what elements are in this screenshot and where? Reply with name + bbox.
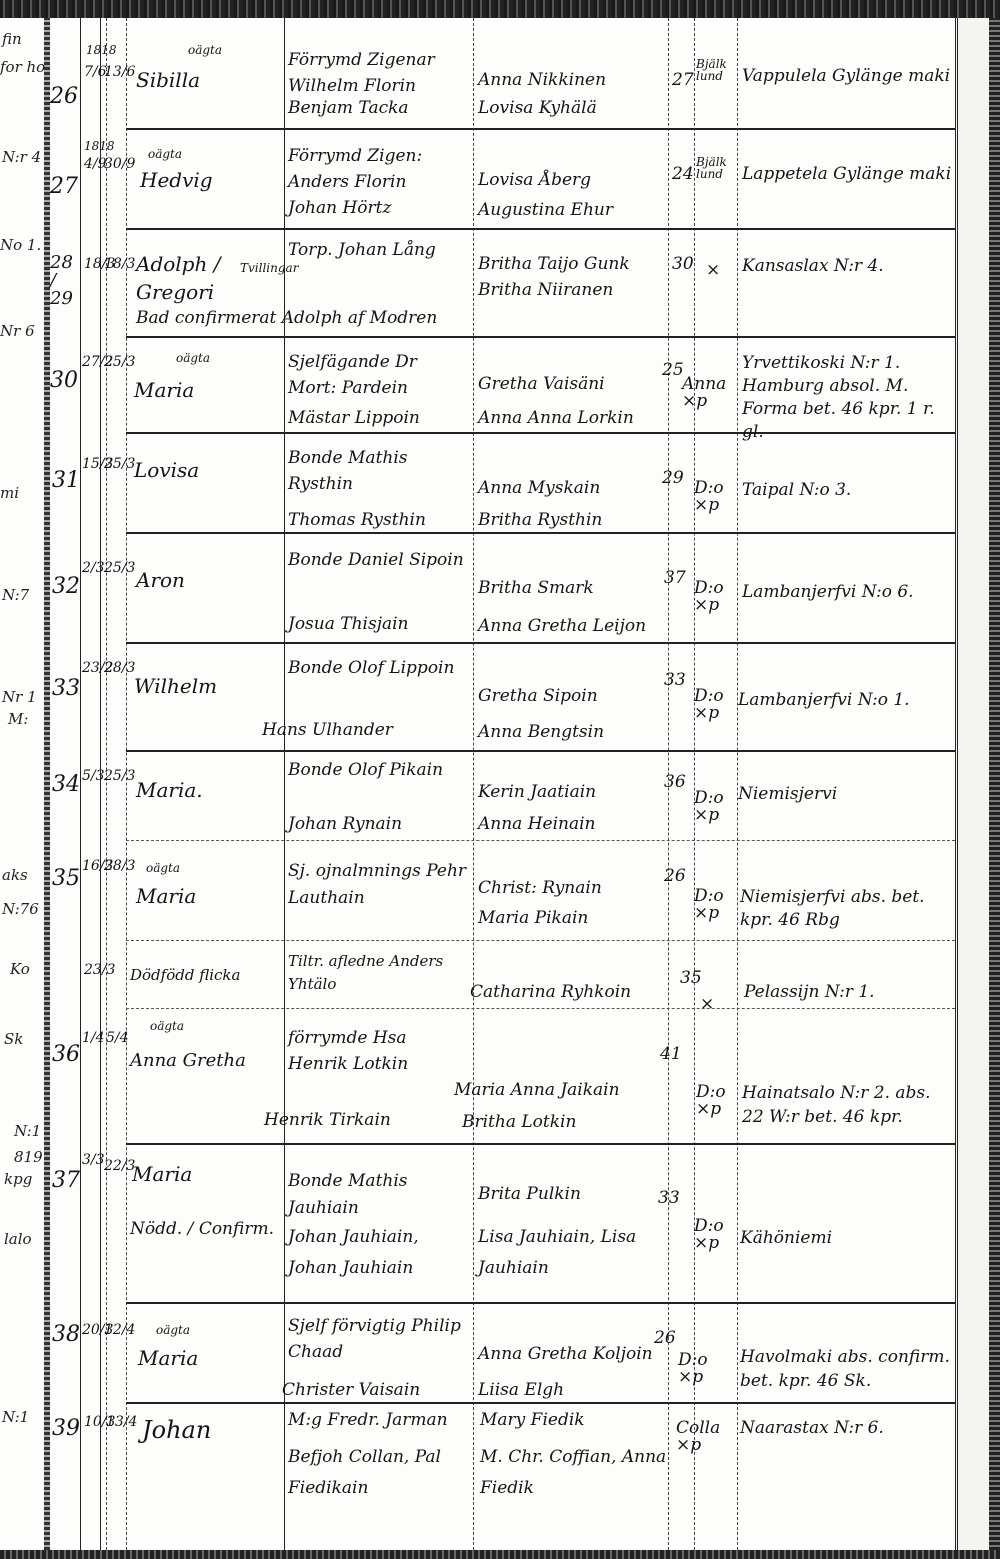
female-witness: Anna Gretha Leijon [478, 618, 646, 635]
baptism-date: 28/3 [104, 660, 135, 676]
margin-note: Sk [4, 1030, 23, 1048]
status: × [700, 996, 714, 1013]
village: Niemisjerfvi abs. bet. kpr. 46 Rbg [740, 886, 952, 932]
row-separator [126, 1302, 955, 1304]
child-name: Aron [136, 570, 185, 590]
father-name: Sjelfägande Dr Mort: Pardein [288, 350, 468, 401]
binding-gutter [44, 18, 50, 1550]
village: Yrvettikoski N:r 1. Hamburg absol. M. Fo… [742, 352, 952, 444]
mother-name: Anna Gretha Koljoin [478, 1346, 653, 1363]
child-name: Hedvig [140, 170, 213, 190]
child-name: Wilhelm [134, 676, 217, 696]
female-witness: Britha Rysthin [478, 512, 602, 529]
mother-name: Christ: Rynain [478, 880, 602, 897]
entry-year: 1818 [84, 140, 115, 152]
birth-date: 23/3 [84, 962, 115, 978]
baptism-date: 12/4 [104, 1322, 135, 1338]
row-separator [126, 940, 955, 941]
father-name: Bonde Mathis Jauhiain [288, 1168, 468, 1222]
village: Kansaslax N:r 4. [742, 258, 884, 275]
legitimacy-note: oägta [188, 44, 222, 56]
entry-number: 35 [52, 868, 80, 890]
father-name: Förrymd Zigen: Anders Florin [288, 144, 468, 195]
baptism-date: 18/3 [104, 256, 135, 272]
legitimacy-note: oägta [156, 1324, 190, 1336]
mother-name: Gretha Vaisäni [478, 376, 605, 393]
margin-note: N:r 4 [2, 148, 41, 166]
baptism-date: 22/3 [104, 1158, 135, 1174]
page-right-edge [955, 18, 1000, 1550]
male-witness: Johan Rynain [288, 816, 402, 833]
baptism-date: 13/4 [106, 1414, 137, 1430]
entry-number: 27 [50, 176, 78, 198]
row-separator [126, 1402, 955, 1404]
female-witness: Liisa Elgh [478, 1382, 564, 1399]
row-separator [126, 642, 955, 644]
mother-name: Lovisa Åberg [478, 172, 591, 189]
status: D:o ×p [694, 790, 738, 824]
mother-age: 26 [664, 868, 686, 885]
village: Lambanjerfvi N:o 6. [742, 584, 914, 601]
legitimacy-note: Tvillingar [240, 262, 284, 274]
female-witness: Anna Heinain [478, 816, 596, 833]
entry-number: 26 [50, 86, 78, 108]
male-witness: Benjam Tacka [288, 100, 409, 117]
male-witness: Thomas Rysthin [288, 512, 426, 529]
margin-note: Nr 1 [2, 688, 37, 706]
child-name: Adolph / Gregori [136, 250, 246, 306]
mother-name: Maria Anna Jaikain [454, 1082, 620, 1099]
status: Colla ×p [676, 1420, 736, 1454]
mother-name: Britha Taijo Gunk [478, 256, 630, 273]
mother-age: 37 [664, 570, 686, 587]
baptism-date: 25/3 [104, 768, 135, 784]
male-witness: Befjoh Collan, Pal Fiedikain [288, 1442, 478, 1503]
female-witness: Maria Pikain [478, 910, 588, 927]
village: Kähöniemi [740, 1230, 832, 1247]
father-name: M:g Fredr. Jarman [288, 1412, 448, 1429]
child-name: Sibilla [136, 70, 200, 90]
female-witness: Britha Lotkin [462, 1114, 576, 1131]
child-name: Dödfödd flicka [130, 968, 240, 983]
margin-note: M: [8, 710, 28, 728]
margin-note: No 1. [0, 236, 41, 254]
legitimacy-note: Nödd. / Confirm. [130, 1204, 280, 1255]
entry-number: 38 [52, 1324, 80, 1346]
male-witness: Josua Thisjain [288, 616, 409, 633]
entry-number: 33 [52, 678, 80, 700]
margin-note: kpg [4, 1170, 32, 1188]
female-witness: M. Chr. Coffian, Anna Fiedik [480, 1442, 670, 1503]
mother-name: Kerin Jaatiain [478, 784, 596, 801]
child-name: Maria [136, 886, 196, 906]
female-witness: Lisa Jauhiain, Lisa Jauhiain [478, 1222, 658, 1283]
birth-date: 2/3 [82, 560, 105, 576]
margin-note: Ko [10, 960, 30, 978]
margin-note: 819 [14, 1148, 43, 1166]
father-name: Förrymd Zigenar Wilhelm Florin [288, 48, 468, 99]
father-name: Torp. Johan Lång [288, 242, 436, 259]
village: Havolmaki abs. confirm. bet. kpr. 46 Sk. [740, 1346, 952, 1394]
legitimacy-note: oägta [176, 352, 210, 364]
baptism-date: 30/9 [104, 156, 135, 172]
child-name: Maria. [136, 780, 203, 800]
father-name: Bonde Daniel Sipoin [288, 548, 468, 574]
status: D:o ×p [696, 1084, 740, 1118]
father-name: Bonde Olof Pikain [288, 758, 468, 784]
baptism-date: 25/3 [104, 560, 135, 576]
village: Pelassijn N:r 1. [744, 984, 875, 1001]
village: Niemisjervi [738, 786, 837, 803]
village: Taipal N:o 3. [742, 482, 851, 499]
column-rule-status [694, 18, 695, 1550]
mother-name: Anna Myskain [478, 480, 600, 497]
status: × [706, 262, 720, 279]
status: Bjälk lund [696, 58, 736, 82]
female-witness: Lovisa Kyhälä [478, 100, 597, 117]
margin-note: lalo [4, 1230, 32, 1248]
mother-age: 33 [658, 1190, 680, 1207]
village: Hainatsalo N:r 2. abs. 22 W:r bet. 46 kp… [742, 1082, 952, 1130]
mother-age: 26 [654, 1330, 676, 1347]
mother-age: 36 [664, 774, 686, 791]
entry-number: 39 [52, 1418, 80, 1440]
margin-note: N:1 [14, 1122, 41, 1140]
status: D:o ×p [694, 688, 738, 722]
female-witness: Anna Anna Lorkin [478, 410, 634, 427]
baptism-date: 5/4 [106, 1030, 129, 1046]
mother-name: Catharina Ryhkoin [470, 984, 631, 1001]
child-name: Maria [134, 380, 194, 400]
father-name: förrymde Hsa Henrik Lotkin [288, 1026, 468, 1077]
margin-note: Nr 6 [0, 322, 35, 340]
margin-note: N:1 [2, 1408, 29, 1426]
male-witness: Johan Hörtz [288, 200, 391, 217]
male-witness: Johan Jauhiain, Johan Jauhiain [288, 1222, 468, 1283]
mother-age: 33 [664, 672, 686, 689]
child-name: Lovisa [134, 460, 199, 480]
mother-age: 25 [662, 362, 684, 379]
male-witness: Hans Ulhander [262, 722, 393, 739]
page-top-edge [0, 0, 1000, 18]
page-bottom-edge [0, 1550, 1000, 1559]
entry-number: 28 / 29 [50, 254, 80, 308]
birth-date: 3/3 [82, 1152, 105, 1168]
birth-date: 5/3 [82, 768, 105, 784]
margin-note: mi [0, 484, 19, 502]
column-rule-father [284, 18, 285, 1550]
mother-name: Anna Nikkinen [478, 72, 606, 89]
entry-number: 32 [52, 576, 80, 598]
margin-note: N:7 [2, 586, 29, 604]
baptism-date: 25/3 [104, 456, 135, 472]
status: Anna ×p [682, 376, 736, 410]
father-name: Bonde Olof Lippoin [288, 656, 468, 682]
status: D:o ×p [694, 480, 738, 514]
female-witness: Anna Bengtsin [478, 724, 604, 741]
baptism-date: 25/3 [104, 354, 135, 370]
legitimacy-note: oägta [150, 1020, 184, 1032]
mother-age: 27 [672, 72, 694, 89]
baptism-date: 28/3 [104, 858, 135, 874]
row-separator [126, 336, 955, 338]
village: Vappulela Gylänge maki [742, 68, 952, 85]
status: D:o ×p [694, 888, 738, 922]
entry-number: 31 [52, 470, 80, 492]
status: D:o ×p [694, 580, 738, 614]
column-rule-mother [473, 18, 474, 1550]
father-name: Sjelf förvigtig Philip Chaad [288, 1314, 468, 1365]
row-separator [126, 532, 955, 534]
status: D:o ×p [694, 1218, 738, 1252]
margin-note: for ho [0, 58, 45, 76]
row-separator [126, 1008, 955, 1009]
male-witness: Christer Vaisain [282, 1382, 420, 1399]
legitimacy-note: oägta [146, 862, 180, 874]
mother-age: 29 [662, 470, 684, 487]
status: Bjälk lund [696, 156, 736, 180]
mother-name: Mary Fiedik [480, 1412, 585, 1429]
row-separator [126, 1143, 955, 1145]
entry-number: 37 [52, 1170, 80, 1192]
father-name: Bonde Mathis Rysthin [288, 446, 468, 497]
male-witness: Mästar Lippoin [288, 410, 420, 427]
village: Lambanjerfvi N:o 1. [738, 692, 910, 709]
row-separator [126, 228, 955, 230]
status: D:o ×p [678, 1352, 728, 1386]
baptism-date: 13/6 [104, 64, 135, 80]
entry-number: 36 [52, 1044, 80, 1066]
mother-age: 30 [672, 256, 694, 273]
birth-date: 1/4 [82, 1030, 105, 1046]
entry-number: 34 [52, 774, 80, 796]
child-name: Maria [132, 1164, 192, 1184]
entry-number: 30 [50, 370, 78, 392]
father-name: Sj. ojnalmnings Pehr Lauthain [288, 858, 468, 912]
mother-age: 41 [660, 1046, 682, 1063]
mother-age: 35 [680, 970, 702, 987]
margin-note: aks [2, 866, 28, 884]
mother-name: Brita Pulkin [478, 1186, 581, 1203]
row-separator [126, 750, 955, 752]
entry-remark: Bad confirmerat Adolph af Modren [136, 310, 437, 327]
margin-note: fin [2, 30, 22, 48]
row-separator [126, 128, 955, 130]
margin-note: N:76 [2, 900, 39, 918]
mother-age: 24 [672, 166, 694, 183]
male-witness: Henrik Tirkain [264, 1112, 391, 1129]
mother-name: Britha Smark [478, 580, 594, 597]
village: Naarastax N:r 6. [740, 1420, 884, 1437]
row-separator [126, 840, 955, 841]
child-name: Anna Gretha [130, 1052, 246, 1070]
column-rule-number [80, 18, 81, 1550]
child-name: Maria [138, 1348, 198, 1368]
entry-year: 1818 [86, 44, 117, 56]
legitimacy-note: oägta [148, 148, 182, 160]
father-name: Tiltr. afledne Anders Yhtälo [288, 950, 468, 995]
female-witness: Britha Niiranen [478, 282, 613, 299]
mother-name: Gretha Sipoin [478, 688, 598, 705]
child-name: Johan [142, 1418, 211, 1442]
female-witness: Augustina Ehur [478, 202, 613, 219]
village: Lappetela Gylänge maki [742, 166, 952, 183]
